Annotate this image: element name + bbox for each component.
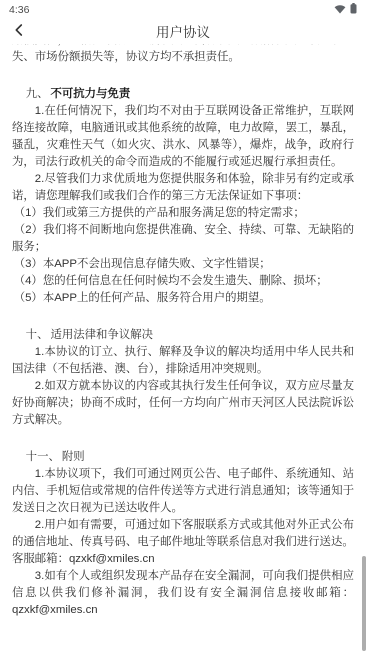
service-email-line: 客服邮箱：qzxkf@xmiles.cn — [12, 551, 354, 568]
section-heading-9: 九、不可抗力与免责 — [12, 86, 354, 103]
section-number: 十、 — [26, 329, 49, 341]
app-bar: 用户协议 — [0, 18, 366, 44]
wifi-icon — [334, 4, 346, 17]
back-button[interactable] — [8, 21, 30, 41]
section-heading-11: 十一、附则 — [12, 449, 354, 466]
agreement-scroll-area[interactable]: 赔偿责任，包括但不限于利润损失、商誉损失、数据损失、收益损 失、市场份额损失等，… — [0, 44, 366, 619]
agreement-paragraph: 1.本协议项下，我们可通过网页公告、电子邮件、系统通知、站内信、手机短信或常规的… — [12, 466, 354, 517]
agreement-paragraph: 2.尽管我们力求优质地为您提供服务和体验，除非另有约定或承诺，请您理解我们或我们… — [12, 171, 354, 205]
page-title: 用户协议 — [0, 21, 366, 41]
agreement-paragraph: 3.如有个人或组织发现本产品存在安全漏洞，可向我们提供相应信息以供我们修补漏洞，… — [12, 568, 354, 619]
agreement-list-item: （5）本APP上的任何产品、服务符合用户的期望。 — [12, 290, 354, 307]
section-number: 十一、 — [26, 451, 60, 463]
section-heading-10: 十、适用法律和争议解决 — [12, 327, 354, 344]
section-title: 不可抗力与免责 — [50, 88, 130, 100]
status-time: 4:36 — [9, 4, 29, 16]
battery-icon — [350, 3, 357, 17]
user-agreement-screen: 4:36 用户协议 赔偿责任，包括但不限于利润损失、商誉损失、数据损失、收益损 … — [0, 0, 366, 651]
scrollbar-thumb[interactable] — [362, 556, 366, 651]
status-bar: 4:36 — [0, 0, 366, 18]
chevron-left-icon — [12, 23, 26, 40]
agreement-list-item: （1）我们或第三方提供的产品和服务满足您的特定需求； — [12, 205, 354, 222]
agreement-list-item: （4）您的任何信息在任何时候均不会发生遗失、删除、损坏； — [12, 273, 354, 290]
agreement-paragraph: 2.如双方就本协议的内容或其执行发生任何争议，双方应尽量友好协商解决；协商不成时… — [12, 378, 354, 429]
agreement-list-item: （2）我们将不间断地向您提供准确、安全、持续、可靠、无缺陷的服务； — [12, 222, 354, 256]
agreement-paragraph: 2.用户如有需要，可通过如下客服联系方式或其他对外正式公布的通信地址、传真号码、… — [12, 517, 354, 551]
status-icons — [334, 3, 357, 17]
agreement-paragraph: 1.在任何情况下，我们均不对由于互联网设备正常维护，互联网络连接故障，电脑通讯或… — [12, 103, 354, 171]
section-title: 附则 — [62, 451, 85, 463]
section-number: 九、 — [26, 88, 49, 100]
agreement-list-item: （3）本APP不会出现信息存储失败、文字性错误； — [12, 256, 354, 273]
agreement-paragraph: 1.本协议的订立、执行、解释及争议的解决均适用中华人民共和国法律（不包括港、澳、… — [12, 344, 354, 378]
agreement-paragraph: 失、市场份额损失等，协议方均不承担责任。 — [12, 49, 354, 66]
section-title: 适用法律和争议解决 — [50, 329, 153, 341]
